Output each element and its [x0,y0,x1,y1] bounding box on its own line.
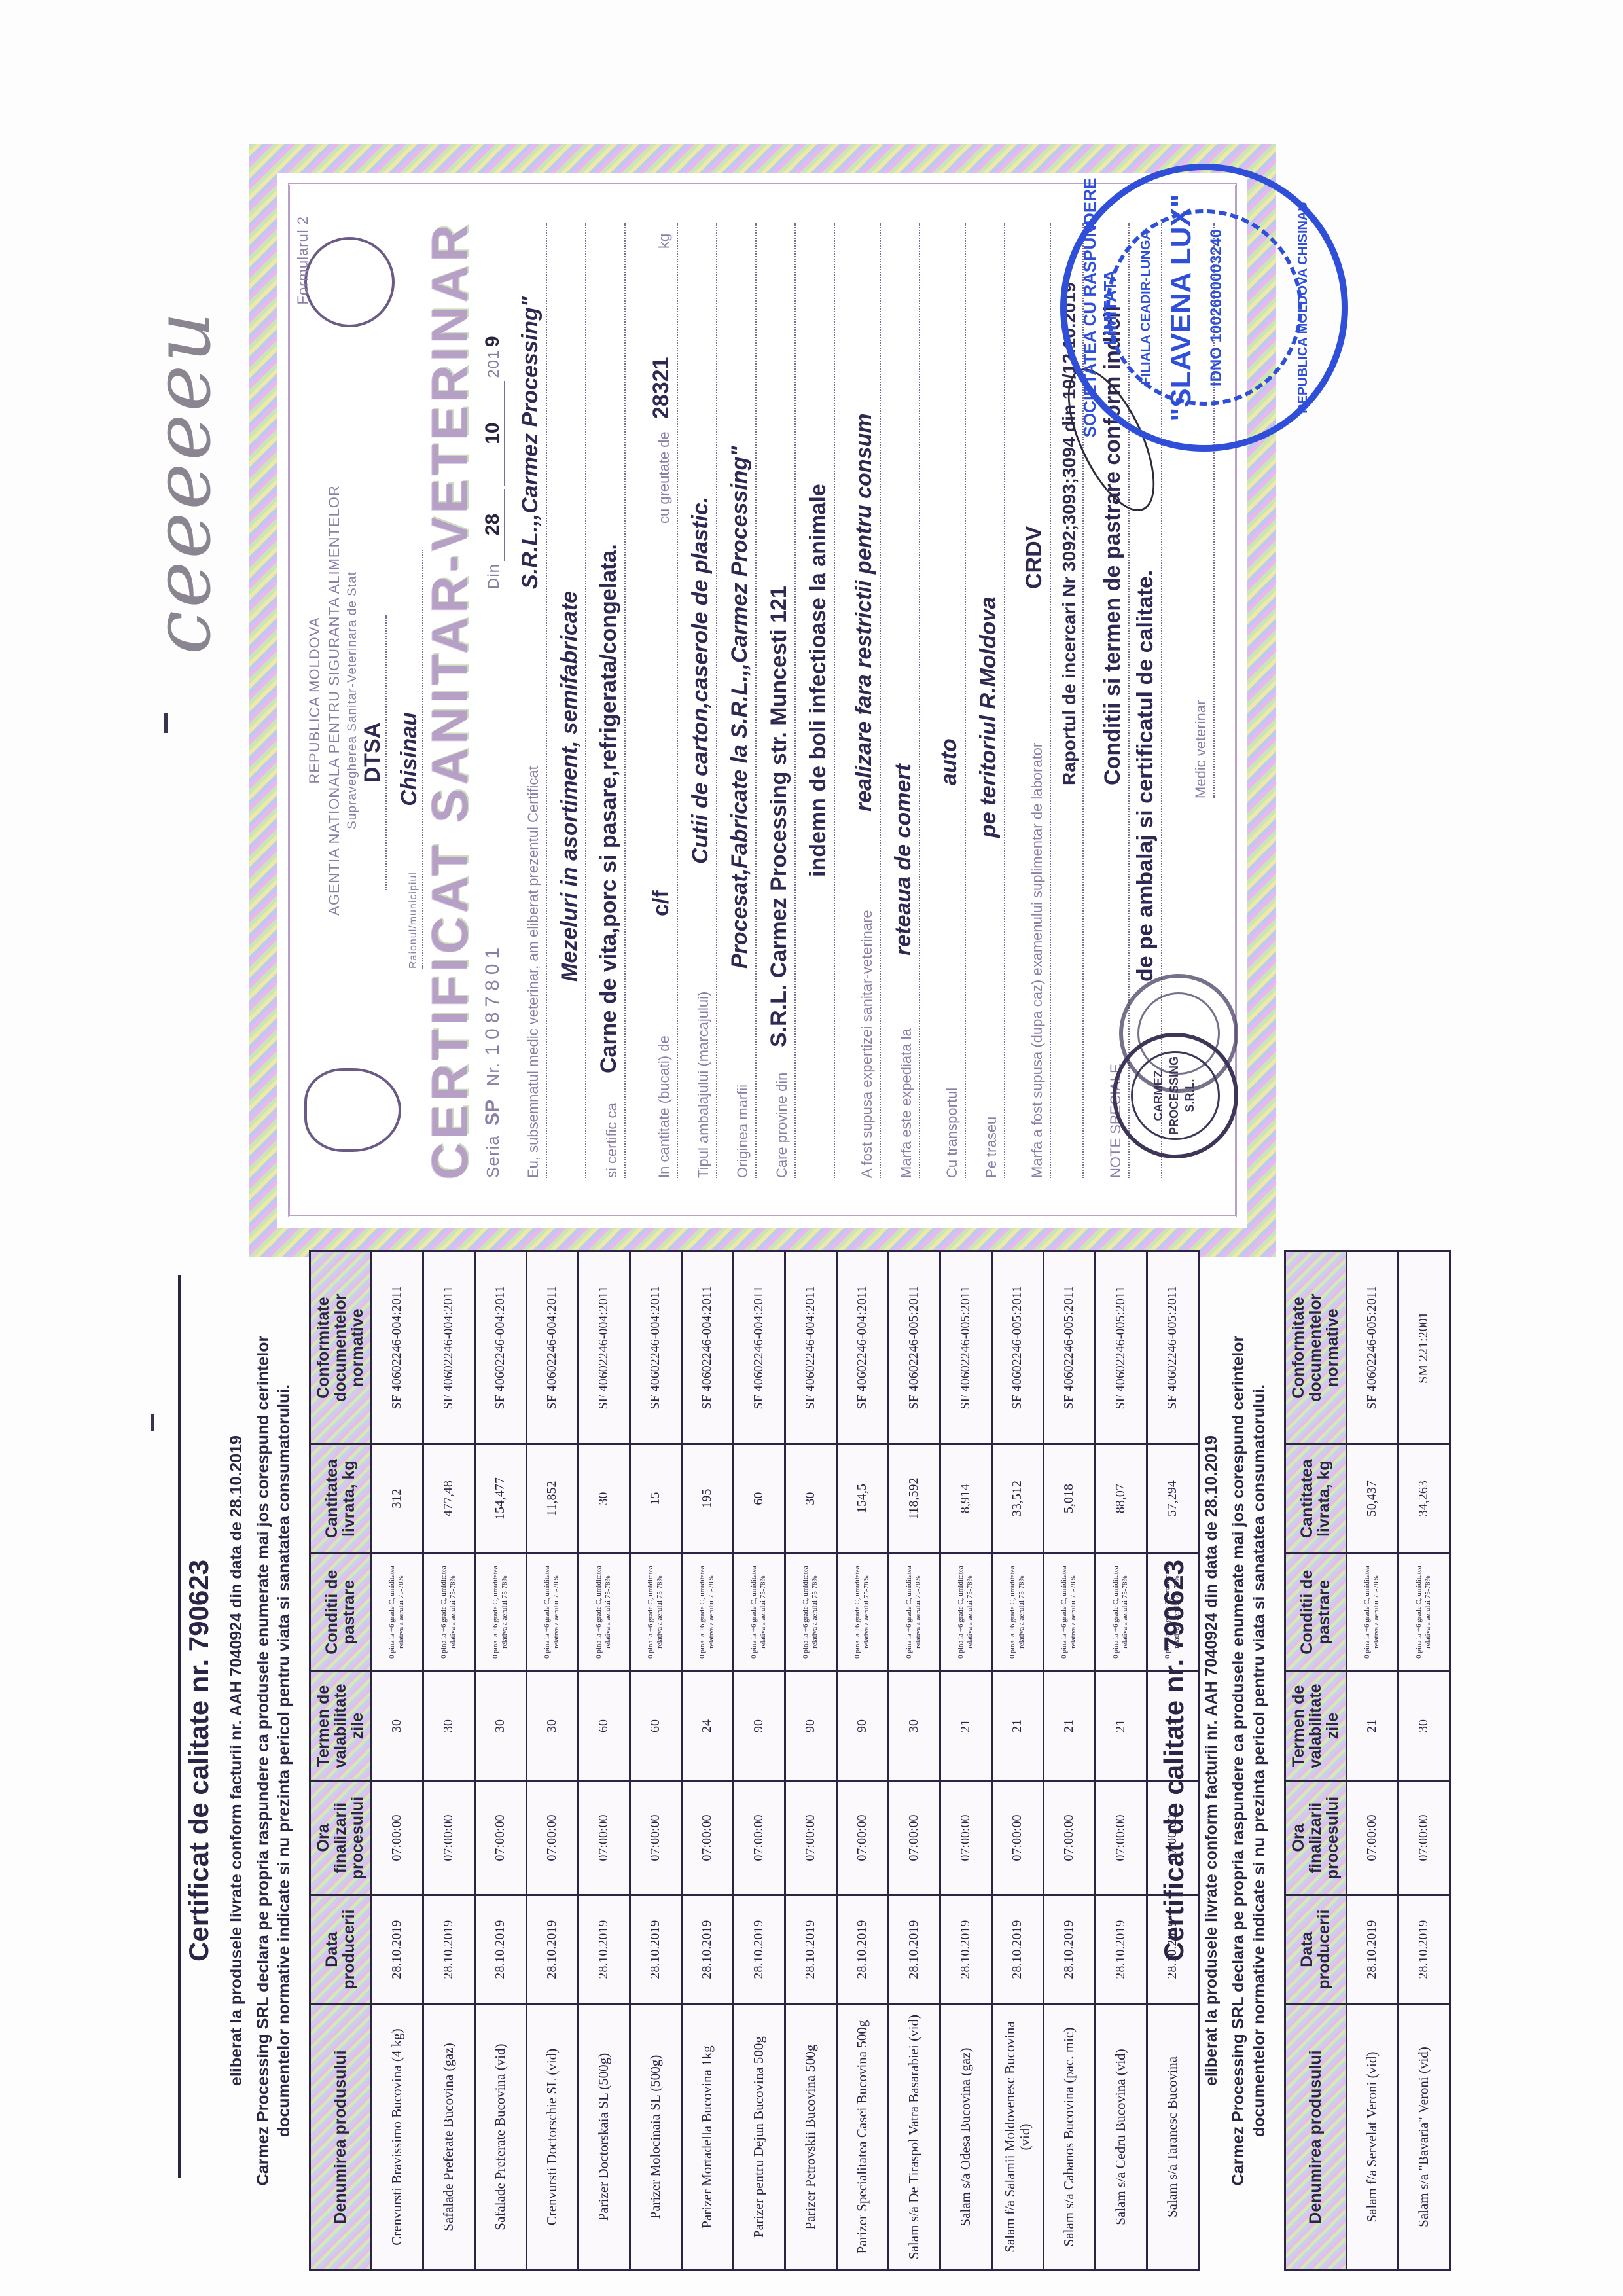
cell-standard: SF 40602246-005:2011 [888,1251,940,1444]
cell-time: 07:00:00 [630,1780,681,1895]
weight-unit: kg [656,234,673,249]
handwritten-dash [164,713,168,733]
cell-name: Salam s/a "Bavaria" Veroni (vid) [1398,2004,1450,2270]
cell-standard: SF 40602246-005:2011 [1346,1251,1398,1444]
date-day: 28 [482,489,505,561]
date-year-suffix: 9 [482,336,503,347]
from-value: S.R.L. Carmez Processing str. Muncesti 1… [766,586,792,1047]
product-description: Mezeluri in asortiment, semifabricate [557,591,582,982]
table-row: Salam f/a Salamii Moldovenesc Bucovina (… [991,1251,1043,2270]
stamp-text: SOCIETATEA CU RASPUNDERE LIMITATA [1080,170,1120,445]
cell-name: Parizer Doctorskaia SL (500g) [578,2004,630,2270]
table-row: Salam s/a De Tiraspol Vatra Basarabiei (… [888,1251,940,2270]
cell-time: 07:00:00 [1095,1780,1147,1895]
series-value: SP [482,1100,503,1126]
column-header: Termen de valabilitate zile [1285,1672,1346,1781]
cell-date: 28.10.2019 [526,1895,578,2004]
cell-date: 28.10.2019 [1043,1895,1095,2004]
packaging-value: Cutii de carton,caserole de plastic. [688,497,713,864]
cell-name: Safalade Preferate Bucovina (gaz) [423,2004,474,2270]
cell-name: Salam f/a Servelat Veroni (vid) [1346,2004,1398,2270]
cell-time: 07:00:00 [888,1780,940,1895]
cell-shelf-days: 90 [785,1672,836,1781]
table-row: Salam f/a Servelat Veroni (vid)28.10.201… [1346,1251,1398,2270]
cell-standard: SF 40602246-004:2011 [474,1251,526,1444]
route-label: Pe traseu [983,1117,1000,1178]
cell-name: Parizer Mortadella Bucovina 1kg [681,2004,733,2270]
cell-name: Salam s/a De Tiraspol Vatra Basarabiei (… [888,2004,940,2270]
series-label: Seria [483,1135,503,1178]
destination-value: reteaua de comert [891,764,916,956]
cell-storage: 0 pina la +6 grade C, umiditatea relativ… [578,1553,630,1672]
cell-date: 28.10.2019 [630,1895,681,2004]
cell-storage: 0 pina la +6 grade C, umiditatea relativ… [785,1553,836,1672]
cell-shelf-days: 30 [1398,1672,1450,1781]
cell-standard: SF 40602246-005:2011 [1043,1251,1095,1444]
cell-date: 28.10.2019 [733,1895,785,2004]
table-row: Safalade Preferate Bucovina (gaz)28.10.2… [423,1251,474,2270]
cell-date: 28.10.2019 [888,1895,940,2004]
cell-standard: SF 40602246-004:2011 [526,1251,578,1444]
cell-qty: 477,48 [423,1444,474,1553]
certificate-number: 1087801 [482,942,503,1056]
cell-shelf-days: 21 [1095,1672,1147,1781]
stamp-text: IDNO 1002600003240 [1207,170,1226,445]
table-row: Salam s/a "Bavaria" Veroni (vid)28.10.20… [1398,1251,1450,2270]
cell-name: Salam f/a Salamii Moldovenesc Bucovina (… [991,2004,1043,2270]
cell-shelf-days: 21 [940,1672,991,1781]
quality-certificate-1: Certificat de calitate nr. 790623 eliber… [183,1250,1200,2271]
cell-qty: 154,477 [474,1444,526,1553]
stamp-text: "SLAVENA LUX" [1165,170,1198,445]
cell-storage: 0 pina la +6 grade C, umiditatea relativ… [888,1553,940,1672]
qc-title: Certificat de calitate nr. 790623 [1158,1250,1190,2271]
cell-qty: 8,914 [940,1444,991,1553]
column-header: Denumirea produsului [1285,2004,1346,2270]
cell-storage: 0 pina la +6 grade C, umiditatea relativ… [1398,1553,1450,1672]
service-name: Supravegherea Sanitar-Veterinara de Stat [346,144,360,1257]
qc-title: Certificat de calitate nr. 790623 [183,1250,215,2271]
cell-standard: SF 40602246-005:2011 [991,1251,1043,1444]
cell-time: 07:00:00 [371,1780,423,1895]
column-header: Conformitate documentelor normative [1285,1251,1346,1444]
qc-declaration: Carmez Processing SRL declara pe propria… [253,1250,294,2271]
cell-standard: SM 221:2001 [1398,1251,1450,1444]
quantity-unit: c/f [649,890,674,916]
cell-time: 07:00:00 [1398,1780,1450,1895]
table-row: Parizer pentru Dejun Bucovina 500g28.10.… [733,1251,785,2270]
cell-name: Crenvursti Doctorschie SL (vid) [526,2004,578,2270]
cell-storage: 0 pina la +6 grade C, umiditatea relativ… [474,1553,526,1672]
cell-date: 28.10.2019 [785,1895,836,2004]
country-name: REPUBLICA MOLDOVA [306,144,323,1257]
handwritten-note: ceeeeeu [137,309,228,655]
cell-shelf-days: 30 [474,1672,526,1781]
cell-date: 28.10.2019 [681,1895,733,2004]
cell-date: 28.10.2019 [474,1895,526,2004]
packaging-label: Tipul ambalajului (marcajului) [695,992,712,1178]
notes-line-2: de pe ambalaj si certificatul de calitat… [1133,570,1158,982]
cell-standard: SF 40602246-005:2011 [940,1251,991,1444]
cell-shelf-days: 90 [733,1672,785,1781]
column-header: Denumirea produsului [310,2004,371,2270]
stamp-text: REPUBLICA MOLDOVA CHISINAU [1296,170,1311,445]
column-header: Conditii de pastrare [1285,1553,1346,1672]
cell-standard: SF 40602246-004:2011 [630,1251,681,1444]
cell-standard: SF 40602246-004:2011 [423,1251,474,1444]
origin-value: Procesat,Fabricate la S.R.L.,,Carmez Pro… [727,446,753,969]
qc-product-table: Denumirea produsuluiData produceriiOra f… [309,1250,1200,2271]
transport-label: Cu transportul [944,1088,961,1178]
cell-shelf-days: 21 [1346,1672,1398,1781]
qc-subtitle: eliberat la produsele livrate conform fa… [226,1250,247,2271]
cell-time: 07:00:00 [1043,1780,1095,1895]
city: Chisinau [397,712,421,806]
cell-qty: 195 [681,1444,733,1553]
cell-shelf-days: 30 [423,1672,474,1781]
cell-qty: 50,437 [1346,1444,1398,1553]
cell-date: 28.10.2019 [940,1895,991,2004]
health-status: indemn de boli infectioase la animale [806,484,831,877]
destination-label: Marfa este expediata la [898,1028,915,1178]
cell-storage: 0 pina la +6 grade C, umiditatea relativ… [1043,1553,1095,1672]
cell-shelf-days: 30 [526,1672,578,1781]
cell-storage: 0 pina la +6 grade C, umiditatea relativ… [733,1553,785,1672]
cell-date: 28.10.2019 [578,1895,630,2004]
cell-name: Salam s/a Cabanos Bucovina (pac. mic) [1043,2004,1095,2270]
cell-time: 07:00:00 [474,1780,526,1895]
sheet-edge [178,1275,181,2178]
cell-name: Salam s/a Cedru Bucovina (vid) [1095,2004,1147,2270]
issuer-name: S.R.L.,,Carmez Processing" [518,296,543,589]
cell-standard: SF 40602246-004:2011 [681,1251,733,1444]
number-label: Nr. [483,1062,503,1086]
table-row: Parizer Doctorskaia SL (500g)28.10.20190… [578,1251,630,2270]
cell-time: 07:00:00 [526,1780,578,1895]
cell-standard: SF 40602246-005:2011 [1095,1251,1147,1444]
certify-label: si certific ca [603,1103,620,1178]
table-row: Salam s/a Cabanos Bucovina (pac. mic)28.… [1043,1251,1095,2270]
cell-time: 07:00:00 [578,1780,630,1895]
cell-storage: 0 pina la +6 grade C, umiditatea relativ… [371,1553,423,1672]
cell-shelf-days: 24 [681,1672,733,1781]
certificate-title: CERTIFICAT SANITAR-VETERINAR [420,144,480,1257]
cell-date: 28.10.2019 [1346,1895,1398,2004]
column-header: Cantitatea livrata, kg [1285,1444,1346,1553]
carmez-stamp-duplicate [1119,974,1238,1093]
cell-name: Crenvursti Bravissimo Bucovina (4 kg) [371,2004,423,2270]
handwritten-dash [151,1414,154,1431]
cell-time: 07:00:00 [1346,1780,1398,1895]
cell-shelf-days: 30 [371,1672,423,1781]
date-month: 10 [482,381,505,486]
cell-qty: 30 [785,1444,836,1553]
table-row: Parizer Mortadella Bucovina 1kg28.10.201… [681,1251,733,2270]
cell-date: 28.10.2019 [1398,1895,1450,2004]
cell-storage: 0 pina la +6 grade C, umiditatea relativ… [1095,1553,1147,1672]
table-row: Parizer Petrovskii Bucovina 500g28.10.20… [785,1251,836,2270]
issuer-label: Eu, subsemnatul medic veterinar, am elib… [525,766,542,1178]
table-row: Salam s/a Odesa Bucovina (gaz)28.10.2019… [940,1251,991,2270]
cell-date: 28.10.2019 [991,1895,1043,2004]
table-row: Crenvursti Doctorschie SL (vid)28.10.201… [526,1251,578,2270]
route-value: pe teritoriul R.Moldova [976,597,1001,838]
qc-declaration: Carmez Processing SRL declara pe propria… [1228,1250,1270,2271]
expertise-label: A fost supusa expertizei sanitar-veterin… [859,910,876,1178]
column-header: Cantitatea livrata, kg [310,1444,371,1553]
cell-qty: 88,07 [1095,1444,1147,1553]
cell-name: Salam s/a Odesa Bucovina (gaz) [940,2004,991,2270]
weight-label: cu greutate de [656,431,673,524]
qc-subtitle: eliberat la produsele livrate conform fa… [1202,1250,1222,2271]
cell-standard: SF 40602246-004:2011 [785,1251,836,1444]
cell-standard: SF 40602246-004:2011 [578,1251,630,1444]
column-header: Conformitate documentelor normative [310,1251,371,1444]
transport-value: auto [936,738,962,785]
cell-date: 28.10.2019 [423,1895,474,2004]
column-header: Conditii de pastrare [310,1553,371,1672]
date-year-prefix: 201 [485,350,503,378]
table-row: Parizer Specialitatea Casei Bucovina 500… [836,1251,888,2270]
cell-storage: 0 pina la +6 grade C, umiditatea relativ… [423,1553,474,1672]
cell-qty: 60 [733,1444,785,1553]
veterinary-certificate: Formularul 2 REPUBLICA MOLDOVA AGENTIA N… [249,144,1276,1257]
lab-value: CRDV [1022,526,1047,589]
table-row: Salam s/a Cedru Bucovina (vid)28.10.2019… [1095,1251,1147,2270]
column-header: Ora finalizarii procesului [1285,1780,1346,1895]
cell-storage: 0 pina la +6 grade C, umiditatea relativ… [991,1553,1043,1672]
table-row: Safalade Preferate Bucovina (vid)28.10.2… [474,1251,526,2270]
cell-qty: 118,592 [888,1444,940,1553]
office-caption: Raionul/municipiul [408,872,419,969]
cell-shelf-days: 90 [836,1672,888,1781]
stamp-text: FILIALA CEADIR-LUNGA [1139,170,1154,445]
cell-qty: 312 [371,1444,423,1553]
cell-storage: 0 pina la +6 grade C, umiditatea relativ… [681,1553,733,1672]
product-composition: Carne de vita,porc si pasare,refrigerata… [596,544,622,1073]
slavena-lux-stamp: SOCIETATEA CU RASPUNDERE LIMITATA "SLAVE… [1060,164,1348,452]
lab-label: Marfa a fost supusa (dupa caz) examenulu… [1029,743,1046,1178]
quality-certificate-2: Certificat de calitate nr. 790623 eliber… [1158,1250,1451,2271]
cell-standard: SF 40602246-004:2011 [371,1251,423,1444]
expertise-value: realizare fara restrictii pentru consum [851,414,877,812]
cell-shelf-days: 60 [630,1672,681,1781]
cell-time: 07:00:00 [836,1780,888,1895]
cell-qty: 11,852 [526,1444,578,1553]
cell-qty: 33,512 [991,1444,1043,1553]
cell-time: 07:00:00 [991,1780,1043,1895]
cell-storage: 0 pina la +6 grade C, umiditatea relativ… [526,1553,578,1672]
cell-time: 07:00:00 [423,1780,474,1895]
cell-shelf-days: 21 [1043,1672,1095,1781]
cell-date: 28.10.2019 [371,1895,423,2004]
origin-label: Originea marfii [734,1085,751,1178]
signature-label: Medic veterinar [1192,700,1209,798]
cell-shelf-days: 30 [888,1672,940,1781]
cell-storage: 0 pina la +6 grade C, umiditatea relativ… [836,1553,888,1672]
cell-qty: 34,263 [1398,1444,1450,1553]
cell-storage: 0 pina la +6 grade C, umiditatea relativ… [630,1553,681,1672]
cell-standard: SF 40602246-004:2011 [836,1251,888,1444]
cell-time: 07:00:00 [733,1780,785,1895]
cell-name: Parizer Molocinaia SL (500g) [630,2004,681,2270]
table-row: Parizer Molocinaia SL (500g)28.10.201907… [630,1251,681,2270]
cell-name: Parizer pentru Dejun Bucovina 500g [733,2004,785,2270]
cell-time: 07:00:00 [940,1780,991,1895]
date-label: Din [485,564,503,589]
cell-name: Parizer Petrovskii Bucovina 500g [785,2004,836,2270]
cell-qty: 15 [630,1444,681,1553]
column-header: Ora finalizarii procesului [310,1780,371,1895]
cell-standard: SF 40602246-004:2011 [733,1251,785,1444]
cell-name: Safalade Preferate Bucovina (vid) [474,2004,526,2270]
agency-name: AGENTIA NATIONALA PENTRU SIGURANTA ALIME… [326,144,343,1257]
qc-product-table: Denumirea produsuluiData produceriiOra f… [1284,1250,1451,2271]
cell-shelf-days: 60 [578,1672,630,1781]
cell-name: Parizer Specialitatea Casei Bucovina 500… [836,2004,888,2270]
cell-time: 07:00:00 [681,1780,733,1895]
column-header: Data producerii [1285,1895,1346,2004]
cell-qty: 5,018 [1043,1444,1095,1553]
quantity-label: In cantitate (bucati) de [656,1035,673,1178]
cell-qty: 30 [578,1444,630,1553]
table-row: Crenvursti Bravissimo Bucovina (4 kg)28.… [371,1251,423,2270]
office-code: DTSA [360,723,385,783]
cell-date: 28.10.2019 [1095,1895,1147,2004]
cell-qty: 154,5 [836,1444,888,1553]
column-header: Termen de valabilitate zile [310,1672,371,1781]
column-header: Data producerii [310,1895,371,2004]
cell-shelf-days: 21 [991,1672,1043,1781]
weight-value: 28321 [649,357,674,419]
from-label: Care provine din [774,1073,791,1178]
cell-time: 07:00:00 [785,1780,836,1895]
cell-storage: 0 pina la +6 grade C, umiditatea relativ… [940,1553,991,1672]
cell-date: 28.10.2019 [836,1895,888,2004]
cell-storage: 0 pina la +6 grade C, umiditatea relativ… [1346,1553,1398,1672]
